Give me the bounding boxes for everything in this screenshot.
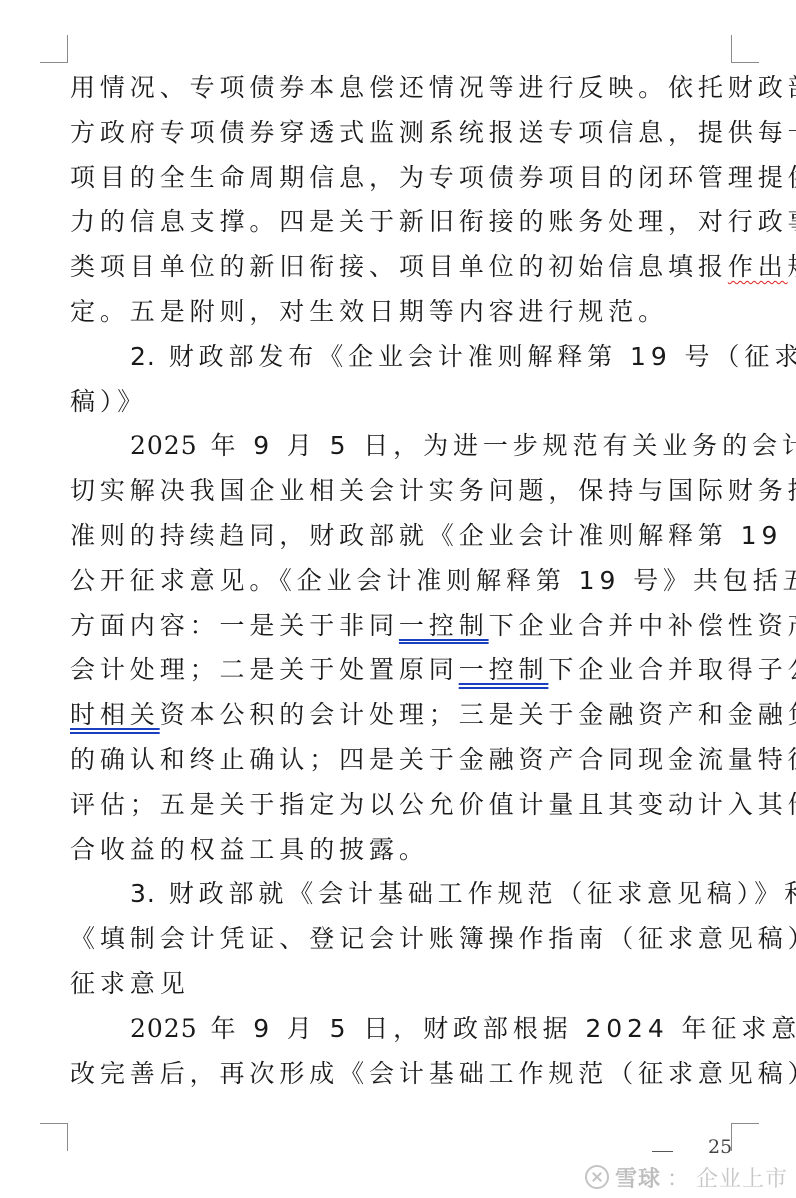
text-segment: 年 9 月 5 日，财政部根据 2024 年征求意见情况修 [198,1014,796,1043]
text-line: 合收益的权益工具的披露。 [70,828,732,873]
text-line: 会计处理；二是关于处置原同一控制下企业合并取得子公司 [70,648,732,693]
section-heading-2: 2. 财政部发布《企业会计准则解释第 19 号（征求意见 [70,335,732,380]
section-heading-3-cont: 《填制会计凭证、登记会计账簿操作指南（征求意见稿）》 [70,917,732,962]
crop-mark-top-right [731,35,759,63]
text-line: 方政府专项债券穿透式监测系统报送专项信息，提供每一个 [70,111,732,156]
text-segment: 下企业合并取得子公司 [548,655,796,684]
text-line: 评估；五是关于指定为以公允价值计量且其变动计入其他综 [70,783,732,828]
text-line: 项目的全生命周期信息，为专项债券项目的闭环管理提供有 [70,156,732,201]
document-body[interactable]: 用情况、专项债券本息偿还情况等进行反映。依托财政部地 方政府专项债券穿透式监测系… [70,66,732,1096]
text-line: 改完善后，再次形成《会计基础工作规范（征求意见稿）》 [70,1052,732,1097]
xueqiu-logo-icon [585,1165,609,1189]
text-segment: 下企业合并中补偿性资产的 [489,611,796,640]
text-segment: 资本公积的会计处理；三是关于金融资产和金融负债 [160,700,796,729]
text-line: 准则的持续趋同，财政部就《企业会计准则解释第 19 号》 [70,514,732,559]
text-line: 方面内容：一是关于非同一控制下企业合并中补偿性资产的 [70,604,732,649]
heading-text: 财政部发布《企业会计准则解释第 19 号（征求意见 [156,342,796,371]
text-segment: 规 [788,252,796,281]
crop-mark-bottom-right [731,1123,759,1151]
heading-number: 3. [130,879,156,908]
text-segment: 类项目单位的新旧衔接、项目单位的初始信息填报 [70,252,728,281]
text-line: 时相关资本公积的会计处理；三是关于金融资产和金融负债 [70,693,732,738]
text-segment: 年 9 月 5 日，为进一步规范有关业务的会计处理， [198,431,796,460]
text-line: 的确认和终止确认；四是关于金融资产合同现金流量特征的 [70,738,732,783]
text-line: 2025 年 9 月 5 日，为进一步规范有关业务的会计处理， [70,424,732,469]
spellcheck-flagged-word[interactable]: 作出 [728,252,788,281]
text-segment: 方面内容：一是关于非同 [70,611,399,640]
text-line: 力的信息支撑。四是关于新旧衔接的账务处理，对行政事业 [70,200,732,245]
year-number: 2025 [130,431,198,460]
grammar-flagged-phrase[interactable]: 一控制 [459,655,549,684]
document-page: 用情况、专项债券本息偿还情况等进行反映。依托财政部地 方政府专项债券穿透式监测系… [0,0,796,1198]
text-segment: 会计处理；二是关于处置原同 [70,655,459,684]
section-heading-3-cont: 征求意见 [70,962,732,1007]
crop-mark-bottom-left [40,1123,68,1151]
section-heading-2-cont: 稿）》 [70,380,732,425]
grammar-flagged-phrase[interactable]: 时相关 [70,700,160,729]
watermark-brand: 雪球 [615,1162,661,1193]
crop-mark-top-left [40,35,68,63]
grammar-flagged-phrase[interactable]: 一控制 [399,611,489,640]
text-line: 公开征求意见。《企业会计准则解释第 19 号》共包括五个 [70,559,732,604]
watermark-account: 企业上市 [696,1162,788,1193]
heading-text: 财政部就《会计基础工作规范（征求意见稿）》和 [156,879,796,908]
page-number: 25 [708,1136,732,1158]
text-line: 类项目单位的新旧衔接、项目单位的初始信息填报作出规 [70,245,732,290]
watermark-separator: ： [667,1162,690,1193]
year-number: 2025 [130,1014,198,1043]
watermark: 雪球 ： 企业上市 [585,1162,788,1192]
text-line: 定。五是附则，对生效日期等内容进行规范。 [70,290,732,335]
heading-number: 2. [130,342,156,371]
footer-dash [652,1151,673,1152]
text-line: 用情况、专项债券本息偿还情况等进行反映。依托财政部地 [70,66,732,111]
section-heading-3: 3. 财政部就《会计基础工作规范（征求意见稿）》和 [70,872,732,917]
text-line: 切实解决我国企业相关会计实务问题，保持与国际财务报告 [70,469,732,514]
text-line: 2025 年 9 月 5 日，财政部根据 2024 年征求意见情况修 [70,1007,732,1052]
